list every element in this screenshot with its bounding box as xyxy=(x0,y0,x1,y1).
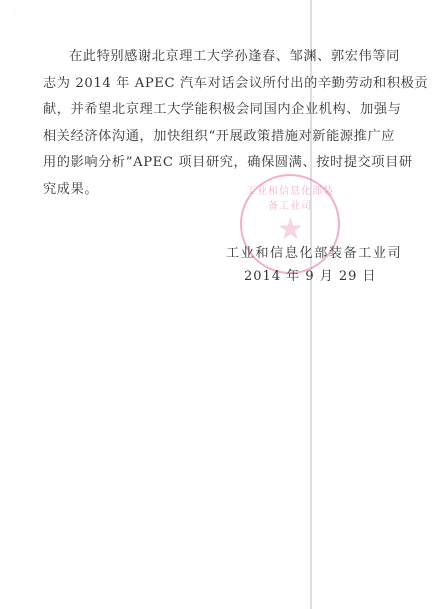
scan-specks: · · xyxy=(14,8,19,14)
signature-date: 2014 年 9 月 29 日 xyxy=(244,265,377,284)
signature-org: 工业和信息化部装备工业司 xyxy=(226,242,402,261)
body-line: 相关经济体沟通，加快组织“开展政策措施对新能源推广应 xyxy=(43,124,383,151)
body-line: 志为 2014 年 APEC 汽车对话会议所付出的辛勤劳动和积极贡 xyxy=(43,71,383,98)
body-line: 献，并希望北京理工大学能积极会同国内企业机构、加强与 xyxy=(43,97,383,124)
letter-body: 在此特别感谢北京理工大学孙逢春、邹渊、郭宏伟等同 志为 2014 年 APEC … xyxy=(43,44,383,204)
seal-text: 工业和信息化部装备工业司 xyxy=(242,182,338,212)
body-line: 用的影响分析”APEC 项目研究，确保圆满、按时提交项目研 xyxy=(43,150,383,177)
body-line: 在此特别感谢北京理工大学孙逢春、邹渊、郭宏伟等同 xyxy=(43,44,383,71)
